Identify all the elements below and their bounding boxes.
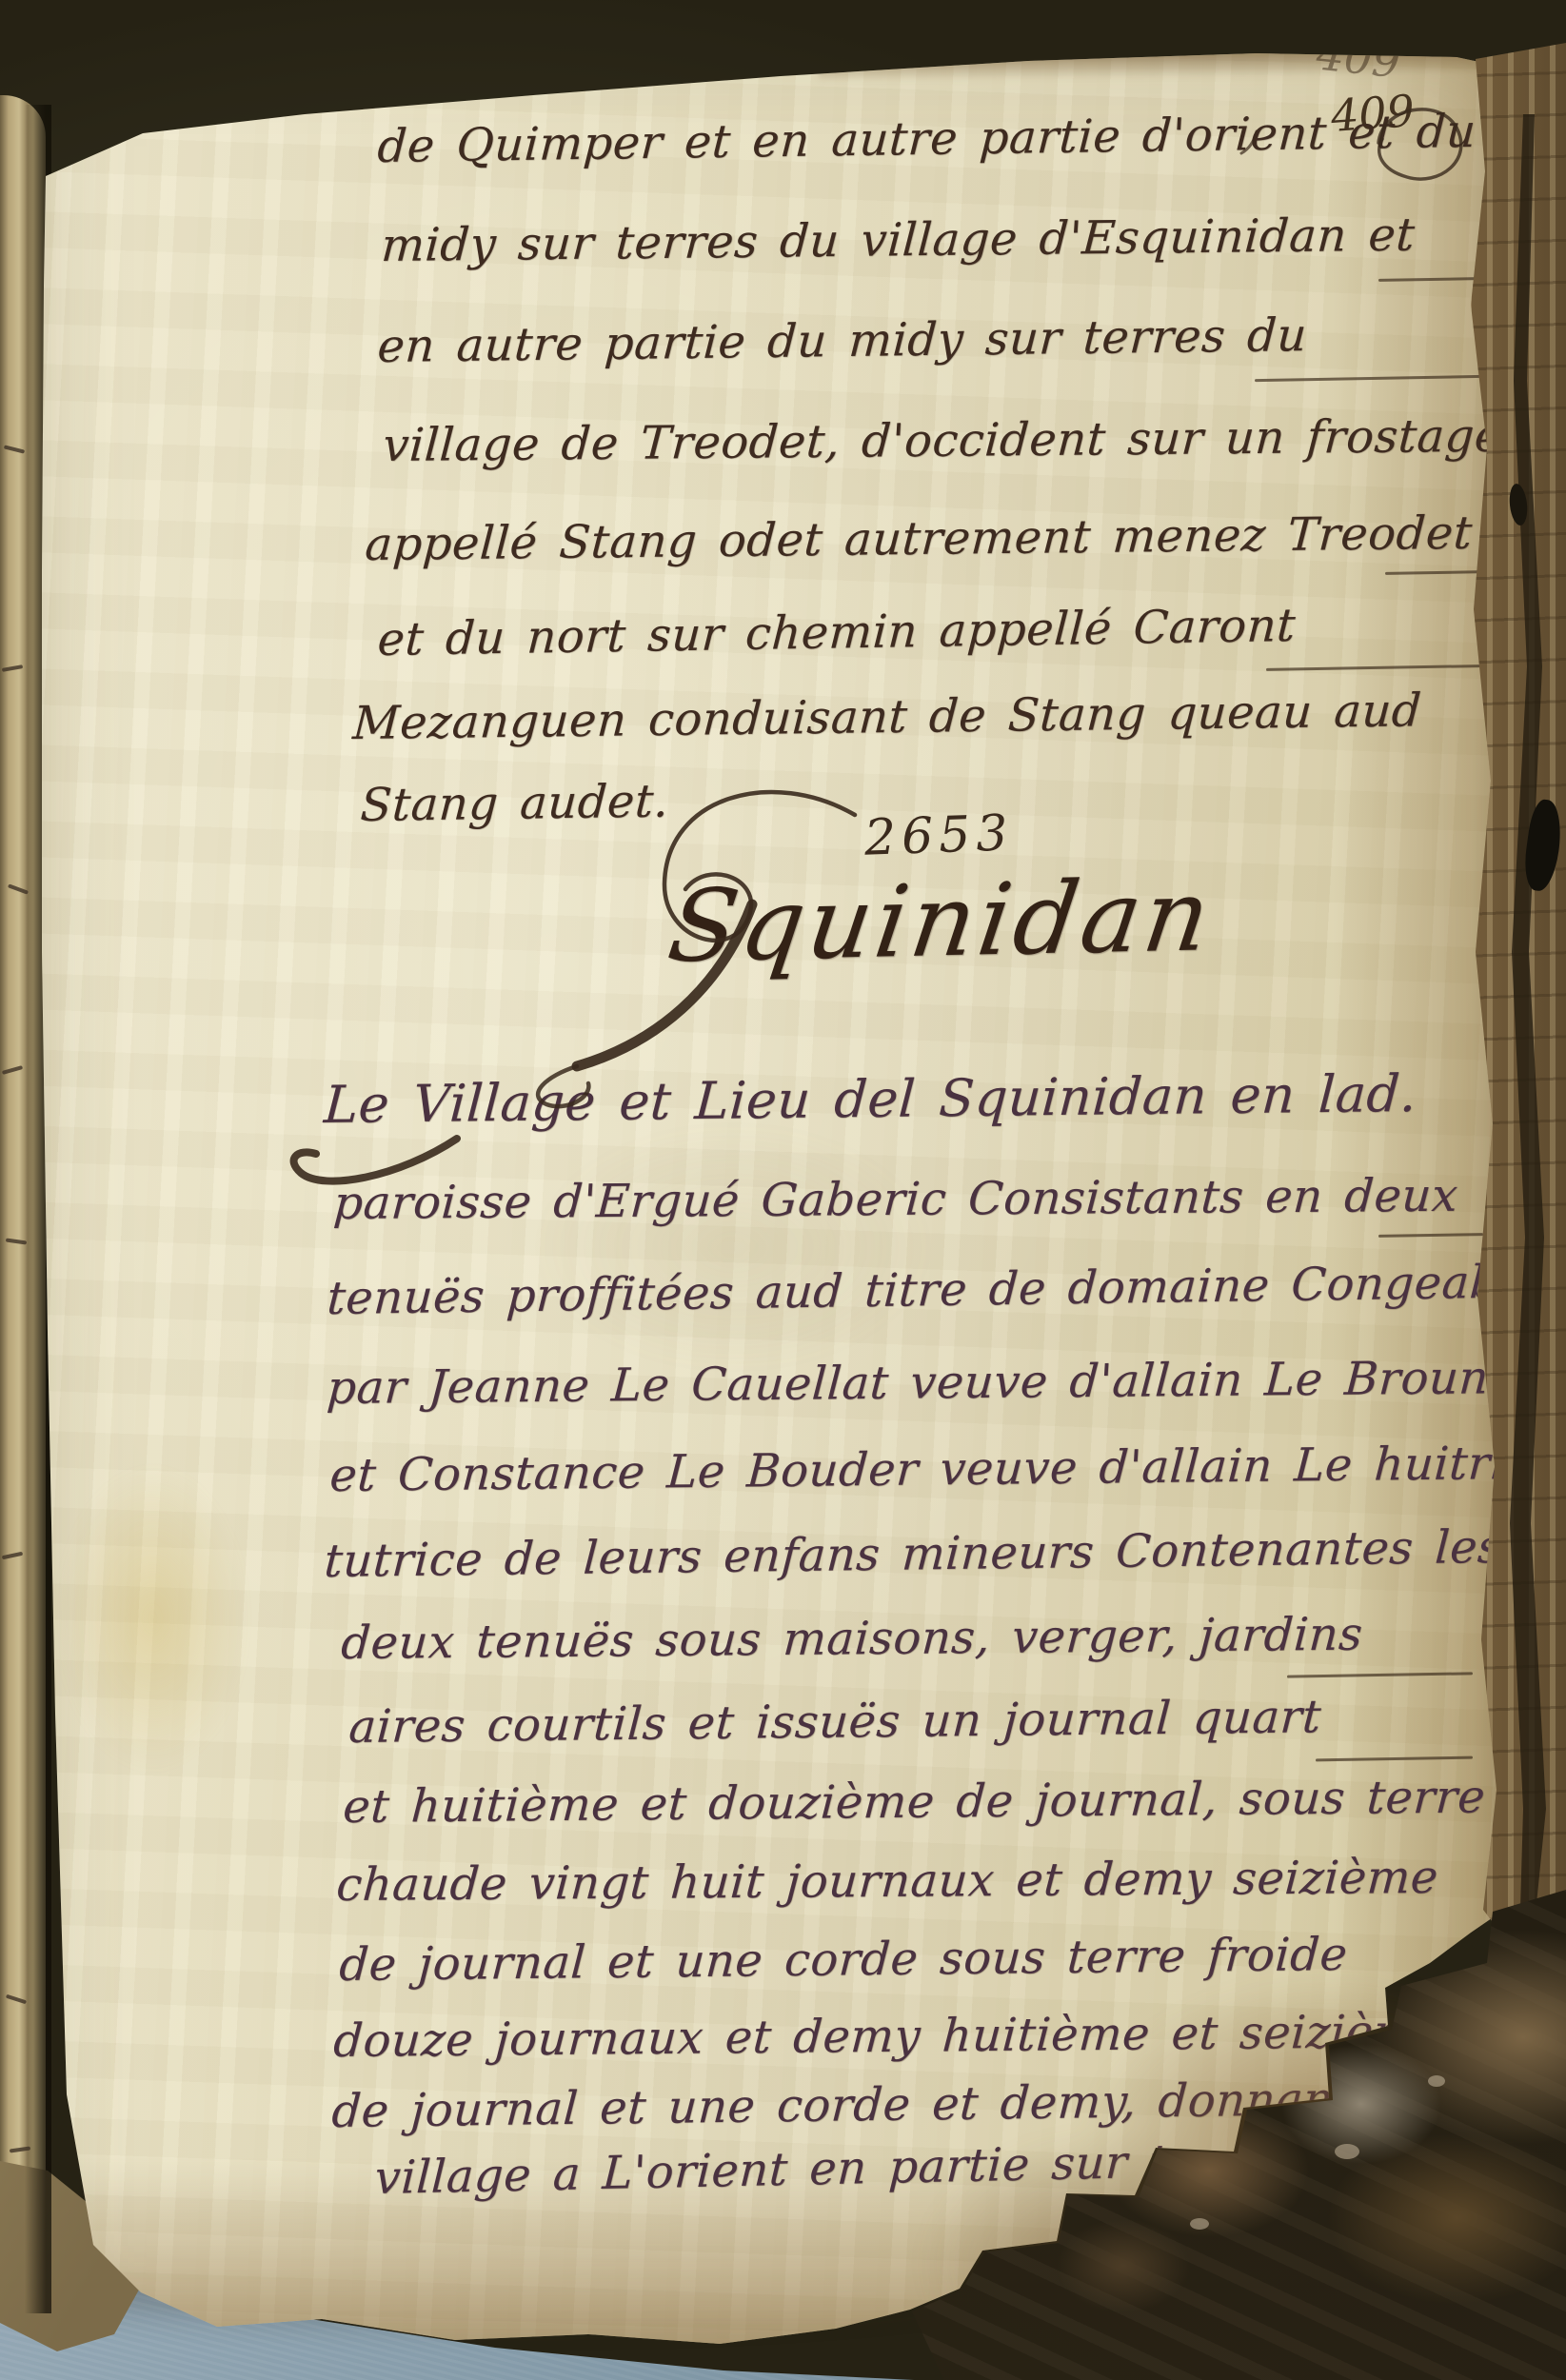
manuscript-photo: 409 409 de Quimper et en autre partie d'…	[0, 0, 1566, 2380]
manuscript-line: en autre partie du midy sur terres du	[376, 312, 1308, 369]
manuscript-line: midy sur terres du village d'Esquinidan …	[380, 212, 1417, 268]
manuscript-line: aires courtils et issuës un journal quar…	[347, 1694, 1322, 1750]
manuscript-line: deux tenuës sous maisons, verger, jardin…	[340, 1612, 1364, 1666]
manuscript-line: appellé Stang odet autrement menez Treod…	[364, 510, 1474, 567]
manuscript-line: par Jeanne Le Cauellat veuve d'allain Le…	[326, 1355, 1544, 1411]
manuscript-line: village de Treodet, d'occident sur un fr…	[382, 413, 1503, 468]
debris-speck	[1335, 2144, 1359, 2159]
folio-number-faint: 409	[1314, 29, 1402, 89]
section-heading: Squinidan	[662, 857, 1220, 984]
manuscript-line: et huitième et douzième de journal, sous…	[342, 1775, 1487, 1830]
manuscript-line: et du nort sur chemin appellé Caront	[376, 603, 1297, 663]
manuscript-line: tutrice de leurs enfans mineurs Contenan…	[323, 1524, 1533, 1585]
debris-speck	[1428, 2075, 1445, 2087]
manuscript-line: chaude vingt huit journaux et demy seizi…	[335, 1854, 1439, 1908]
entry-number: 2653	[863, 804, 1014, 866]
debris-speck	[1190, 2218, 1209, 2230]
manuscript-line: et Constance Le Bouder veuve d'allain Le…	[328, 1440, 1533, 1498]
manuscript-line: paroisse d'Ergué Gaberic Consistants en …	[332, 1173, 1459, 1226]
manuscript-line: Mezanguen conduisant de Stang queau aud	[351, 687, 1422, 746]
manuscript-line: Le Village et Lieu del Squinidan en lad.	[323, 1068, 1418, 1131]
manuscript-line: Stang audet.	[359, 778, 670, 828]
